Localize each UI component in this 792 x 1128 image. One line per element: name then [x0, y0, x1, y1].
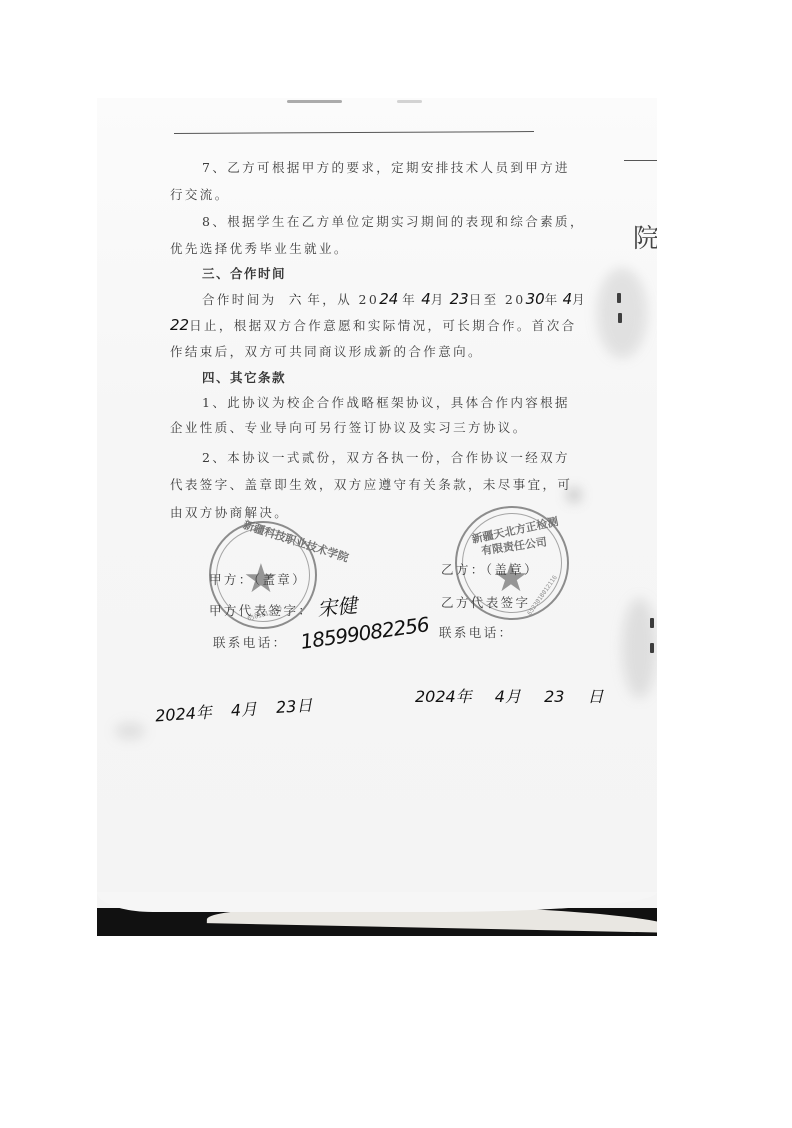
- party-a-date: 2024年 4月 23日: [154, 693, 313, 727]
- paragraph-item7-line1: 7、乙方可根据甲方的要求，定期安排技术人员到甲方进: [202, 158, 570, 176]
- shadow: [597, 268, 647, 358]
- other-terms-item1-line1: 1、此协议为校企合作战略框架协议，具体合作内容根据: [202, 393, 570, 411]
- section-heading-other-terms: 四、其它条款: [202, 368, 286, 386]
- text: 月: [572, 292, 587, 307]
- party-a-phone-label: 联系电话：: [213, 633, 288, 651]
- section-heading-cooperation-time: 三、合作时间: [202, 264, 286, 282]
- text: 合作时间为: [202, 292, 277, 307]
- paragraph-item7-line2: 行交流。: [170, 185, 230, 203]
- adjacent-page-text: 院: [633, 218, 657, 255]
- party-b-rep-label: 乙方代表签字: [441, 593, 530, 611]
- paragraph-item8-line2: 优先选择优秀毕业生就业。: [170, 239, 349, 257]
- cooperation-time-line2: 22日止，根据双方合作意愿和实际情况，可长期合作。首次合: [170, 316, 577, 334]
- party-b-date: 2024年 4月 23 日: [415, 684, 604, 707]
- party-b-phone-label: 联系电话：: [439, 623, 514, 641]
- adjacent-page-rule: [624, 160, 657, 161]
- duration-value: 六: [289, 292, 302, 307]
- text: 年: [545, 292, 560, 307]
- other-terms-item1-line2: 企业性质、专业导向可另行签订协议及实习三方协议。: [170, 418, 528, 436]
- header-rule: [174, 131, 534, 134]
- handwritten-end-year: 30: [526, 290, 545, 308]
- other-terms-item2-line1: 2、本协议一式贰份，双方各执一份，合作协议一经双方: [202, 448, 570, 466]
- document-page: 院 7、乙方可根据甲方的要求，定期安排技术人员到甲方进 行交流。 8、根据学生在…: [97, 98, 657, 928]
- handwritten-end-day: 22: [170, 316, 189, 334]
- smudge: [397, 100, 422, 103]
- party-a-signature: 宋健: [316, 589, 359, 622]
- shadow: [622, 598, 657, 698]
- text: 日止，根据双方合作意愿和实际情况，可长期合作。首次合: [189, 318, 576, 333]
- party-a-rep-label: 甲方代表签字：: [209, 601, 313, 619]
- text: 年，从 20: [307, 292, 379, 307]
- paragraph-item8-line1: 8、根据学生在乙方单位定期实习期间的表现和综合素质，: [202, 212, 585, 230]
- document-photo: 院 7、乙方可根据甲方的要求，定期安排技术人员到甲方进 行交流。 8、根据学生在…: [97, 98, 657, 936]
- handwritten-end-month: 4: [563, 290, 573, 308]
- text: 月: [431, 292, 446, 307]
- smudge: [287, 100, 342, 103]
- handwritten-start-month: 4: [421, 290, 431, 308]
- other-terms-item2-line2: 代表签字、盖章即生效，双方应遵守有关条款，未尽事宜，可: [170, 475, 572, 493]
- other-terms-item2-line3: 由双方协商解决。: [170, 503, 289, 521]
- party-b-label: 乙方：（盖章）: [441, 560, 539, 578]
- text: 日至 20: [469, 292, 526, 307]
- cooperation-time-line3: 作结束后，双方可共同商议形成新的合作意向。: [170, 342, 483, 360]
- handwritten-start-year: 24: [379, 290, 398, 308]
- handwritten-start-day: 23: [450, 290, 469, 308]
- cooperation-time-line1: 合作时间为 六年，从 2024年4月23日至 2030年4月: [202, 290, 587, 308]
- text: 年: [402, 292, 417, 307]
- shadow: [115, 723, 145, 739]
- party-a-label: 甲方：（盖章）: [209, 570, 307, 588]
